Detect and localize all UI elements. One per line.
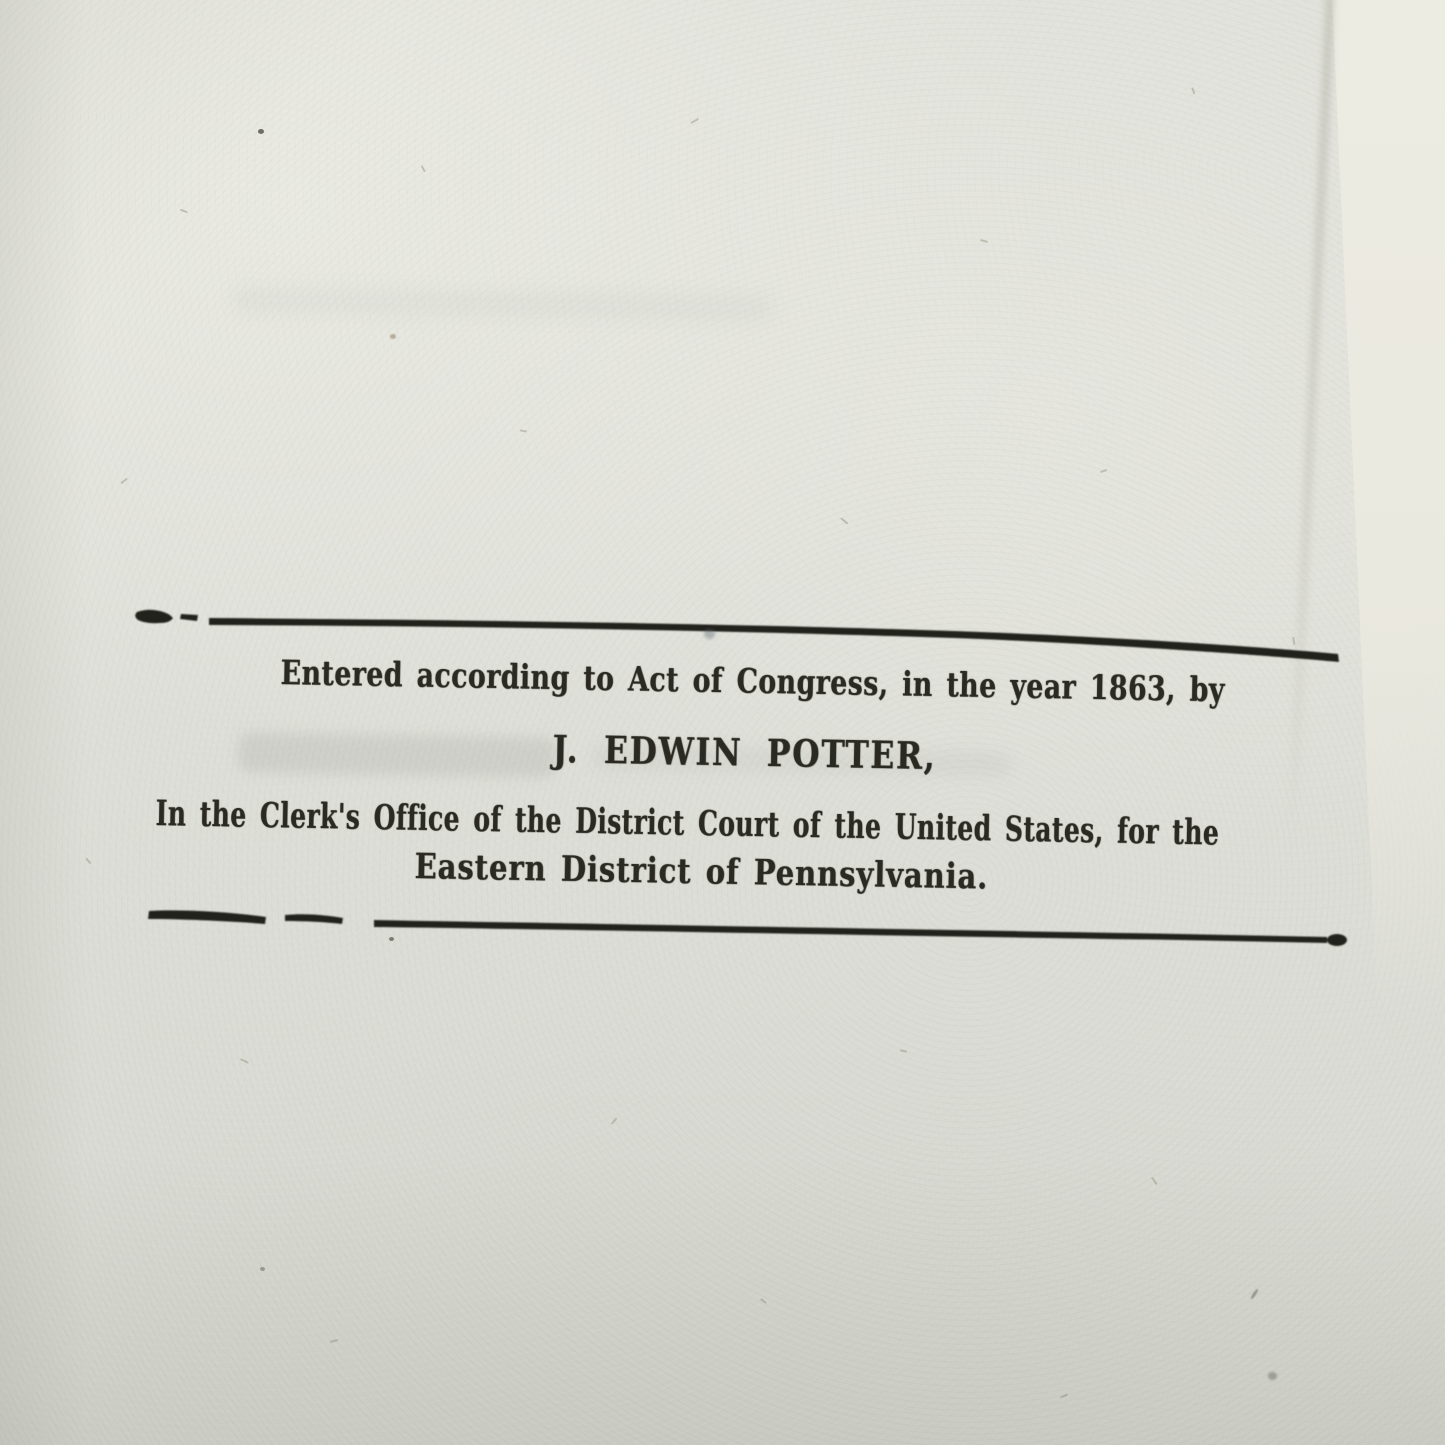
book-page-photo: Entered according to Act of Congress, in… bbox=[0, 0, 1445, 1445]
lighting-vignette bbox=[0, 0, 1445, 1445]
